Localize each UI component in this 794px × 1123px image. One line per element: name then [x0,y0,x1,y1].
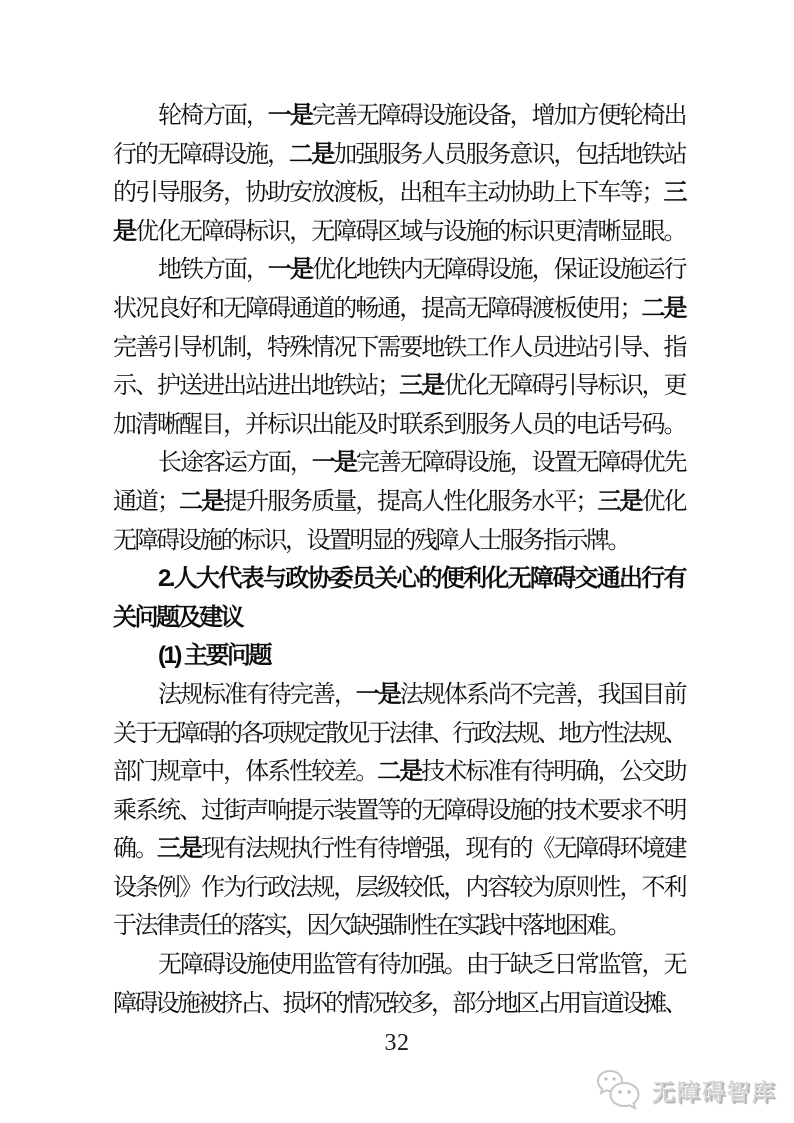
body-text: 优化无障碍标识，无障碍区域与设施的标识更清晰显眼。 [135,218,685,245]
body-text: 地铁方面， [158,256,268,283]
emphasis-text: 二是 [641,295,685,322]
text-line: 法规标准有待完善，一是法规体系尚不完善，我国目前 [113,676,685,715]
body-text: 完善无障碍设施设备，增加方便轮椅出 [312,102,685,129]
heading-line: (1) 主要问题 [113,637,685,676]
body-text: 优化无障碍引导标识，更 [443,372,685,399]
body-text: 障碍设施被挤占、损坏的情况较多，部分地区占用盲道设摊、 [113,990,685,1017]
emphasis-text: 一是 [356,681,400,708]
text-line: 确。三是现有法规执行性有待增强，现有的《无障碍环境建 [113,830,685,869]
emphasis-text: 一是 [312,449,356,476]
body-text: 加强服务人员服务意识，包括地铁站 [333,141,685,168]
text-line: 乘系统、过街声响提示装置等的无障碍设施的技术要求不明 [113,792,685,831]
emphasis-text: (1) 主要问题 [158,642,270,669]
emphasis-text: 三是 [157,835,201,862]
emphasis-text: 关问题及建议 [113,604,242,631]
body-text: 无障碍设施的标识，设置明显的残障人士服务指示牌。 [113,527,629,554]
text-line: 示、护送进出站进出地铁站；三是优化无障碍引导标识，更 [113,367,685,406]
body-text: 部门规章中，体系性较差。 [113,758,377,785]
text-line: 行的无障碍设施，二是加强服务人员服务意识，包括地铁站 [113,136,685,175]
text-line: 加清晰醒目，并标识出能及时联系到服务人员的电话号码。 [113,406,685,445]
body-text: 法规标准有待完善， [158,681,356,708]
emphasis-text: 三 [663,179,685,206]
body-text: 状况良好和无障碍通道的畅通，提高无障碍渡板使用； [113,295,641,322]
text-line: 长途客运方面，一是完善无障碍设施，设置无障碍优先 [113,444,685,483]
body-text: 现有法规执行性有待增强，现有的《无障碍环境建 [201,835,685,862]
body-text: 于法律责任的落实，因欠缺强制性在实践中落地困难。 [113,912,629,939]
text-line: 轮椅方面，一是完善无障碍设施设备，增加方便轮椅出 [113,97,685,136]
emphasis-text: 一是 [268,102,312,129]
body-text: 通道； [113,488,179,515]
body-text: 完善引导机制，特殊情况下需要地铁工作人员进站引导、指 [113,334,685,361]
emphasis-text: 二是 [377,758,421,785]
body-text: 确。 [113,835,157,862]
emphasis-text: 二是 [289,141,333,168]
text-line: 地铁方面，一是优化地铁内无障碍设施，保证设施运行 [113,251,685,290]
document-page: 轮椅方面，一是完善无障碍设施设备，增加方便轮椅出行的无障碍设施，二是加强服务人员… [0,0,794,1123]
watermark: 无障碍智库 [595,1068,777,1112]
text-line: 部门规章中，体系性较差。二是技术标准有待明确，公交助 [113,753,685,792]
body-text: 设条例》作为行政法规，层级较低，内容较为原则性，不利 [113,874,685,901]
text-line: 通道；二是提升服务质量，提高人性化服务水平；三是优化 [113,483,685,522]
text-line: 无障碍设施使用监管有待加强。由于缺乏日常监管，无 [113,946,685,985]
text-line: 障碍设施被挤占、损坏的情况较多，部分地区占用盲道设摊、 [113,985,685,1024]
body-text: 乘系统、过街声响提示装置等的无障碍设施的技术要求不明 [113,797,685,824]
emphasis-text: 三是 [399,372,444,399]
emphasis-text: 三是 [597,488,642,515]
body-text: 的引导服务，协助安放渡板，出租车主动协助上下车等； [113,179,663,206]
emphasis-text: 2.人大代表与政协委员关心的便利化无障碍交通出行有 [158,565,685,592]
text-line: 关于无障碍的各项规定散见于法律、行政法规、地方性法规、 [113,715,685,754]
text-block: 轮椅方面，一是完善无障碍设施设备，增加方便轮椅出行的无障碍设施，二是加强服务人员… [113,97,685,1023]
body-text: 技术标准有待明确，公交助 [421,758,685,785]
emphasis-text: 是 [113,218,135,245]
body-text: 关于无障碍的各项规定散见于法律、行政法规、地方性法规、 [113,720,685,747]
body-text: 行的无障碍设施， [113,141,289,168]
body-text: 优化地铁内无障碍设施，保证设施运行 [312,256,685,283]
text-line: 无障碍设施的标识，设置明显的残障人士服务指示牌。 [113,522,685,561]
emphasis-text: 二是 [179,488,224,515]
text-line: 完善引导机制，特殊情况下需要地铁工作人员进站引导、指 [113,329,685,368]
body-text: 优化 [642,488,686,515]
body-text: 示、护送进出站进出地铁站； [113,372,399,399]
body-text: 完善无障碍设施，设置无障碍优先 [356,449,685,476]
body-text: 提升服务质量，提高人性化服务水平； [223,488,597,515]
heading-line: 2.人大代表与政协委员关心的便利化无障碍交通出行有 [113,560,685,599]
page-number: 32 [0,1030,794,1057]
text-line: 于法律责任的落实，因欠缺强制性在实践中落地困难。 [113,907,685,946]
watermark-label: 无障碍智库 [652,1074,777,1107]
body-text: 无障碍设施使用监管有待加强。由于缺乏日常监管，无 [158,951,685,978]
body-text: 长途客运方面， [158,449,312,476]
text-line: 设条例》作为行政法规，层级较低，内容较为原则性，不利 [113,869,685,908]
text-line: 状况良好和无障碍通道的畅通，提高无障碍渡板使用；二是 [113,290,685,329]
chat-bubbles-icon [595,1068,641,1112]
body-text: 加清晰醒目，并标识出能及时联系到服务人员的电话号码。 [113,411,685,438]
heading-line: 关问题及建议 [113,599,685,638]
body-text: 轮椅方面， [158,102,268,129]
text-line: 是优化无障碍标识，无障碍区域与设施的标识更清晰显眼。 [113,213,685,252]
emphasis-text: 一是 [268,256,312,283]
body-text: 法规体系尚不完善，我国目前 [400,681,685,708]
text-line: 的引导服务，协助安放渡板，出租车主动协助上下车等；三 [113,174,685,213]
